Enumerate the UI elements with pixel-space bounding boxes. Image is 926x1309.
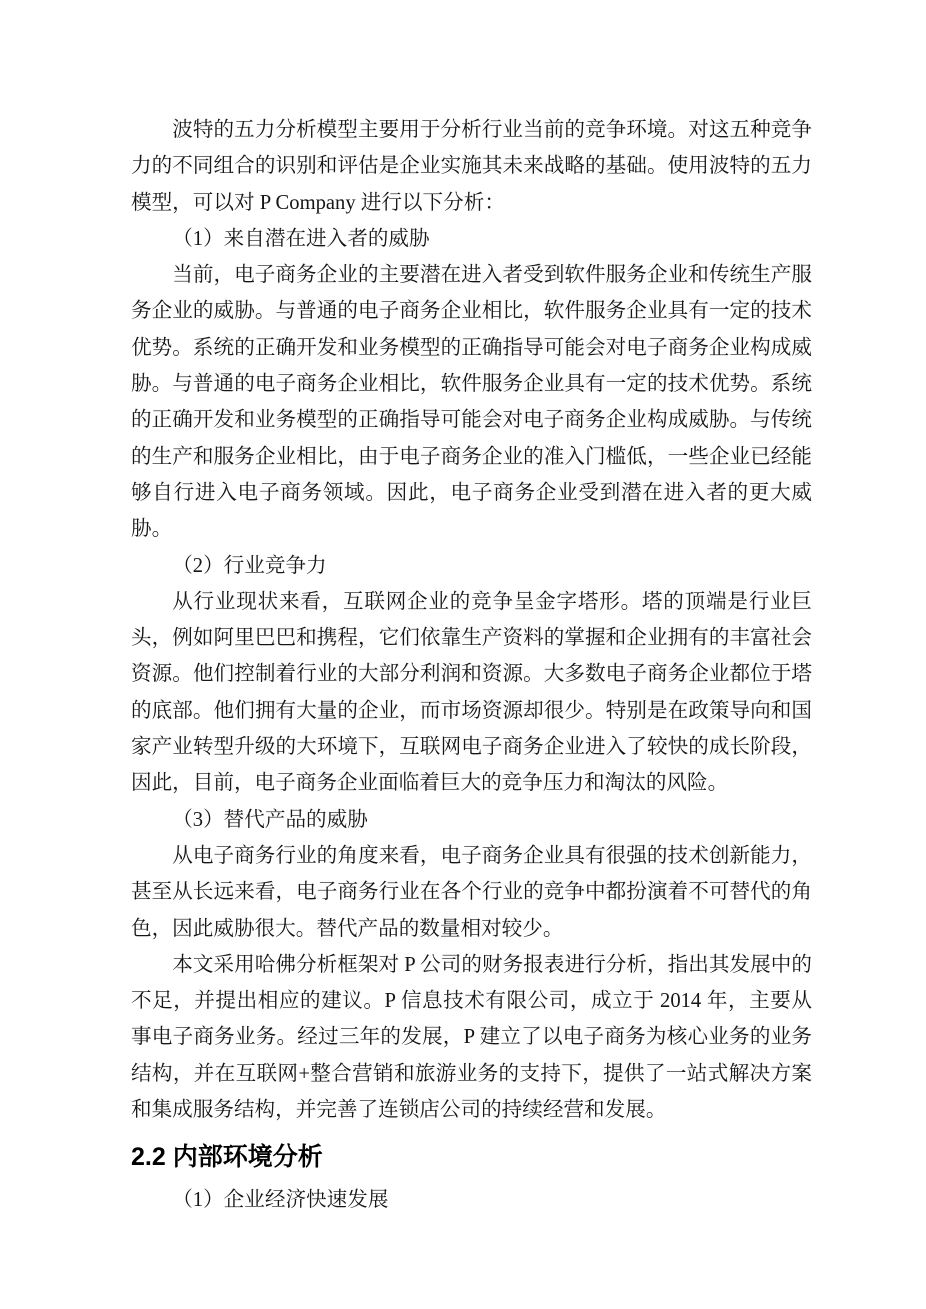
paragraph-substitutes-analysis: 从电子商务行业的角度来看，电子商务企业具有很强的技术创新能力，甚至从长远来看，电…	[131, 838, 812, 947]
paragraph-harvard-framework-company-intro: 本文采用哈佛分析框架对 P 公司的财务报表进行分析，指出其发展中的不足，并提出相…	[131, 947, 812, 1128]
paragraph-porter-five-forces-intro: 波特的五力分析模型主要用于分析行业当前的竞争环境。对这五种竞争力的不同组合的识别…	[131, 112, 812, 221]
list-item-rapid-enterprise-economic-development: （1）企业经济快速发展	[131, 1182, 812, 1218]
list-item-threat-of-substitutes: （3）替代产品的威胁	[131, 802, 812, 838]
section-heading-internal-environment-analysis: 2.2 内部环境分析	[131, 1137, 812, 1177]
list-item-industry-competitiveness: （2）行业竞争力	[131, 548, 812, 584]
list-item-threat-of-potential-entrants: （1）来自潜在进入者的威胁	[131, 221, 812, 257]
paragraph-potential-entrants-analysis: 当前，电子商务企业的主要潜在进入者受到软件服务企业和传统生产服务企业的威胁。与普…	[131, 257, 812, 547]
paragraph-industry-competitiveness-analysis: 从行业现状来看，互联网企业的竞争呈金字塔形。塔的顶端是行业巨头，例如阿里巴巴和携…	[131, 584, 812, 802]
document-page: 波特的五力分析模型主要用于分析行业当前的竞争环境。对这五种竞争力的不同组合的识别…	[0, 0, 926, 1309]
